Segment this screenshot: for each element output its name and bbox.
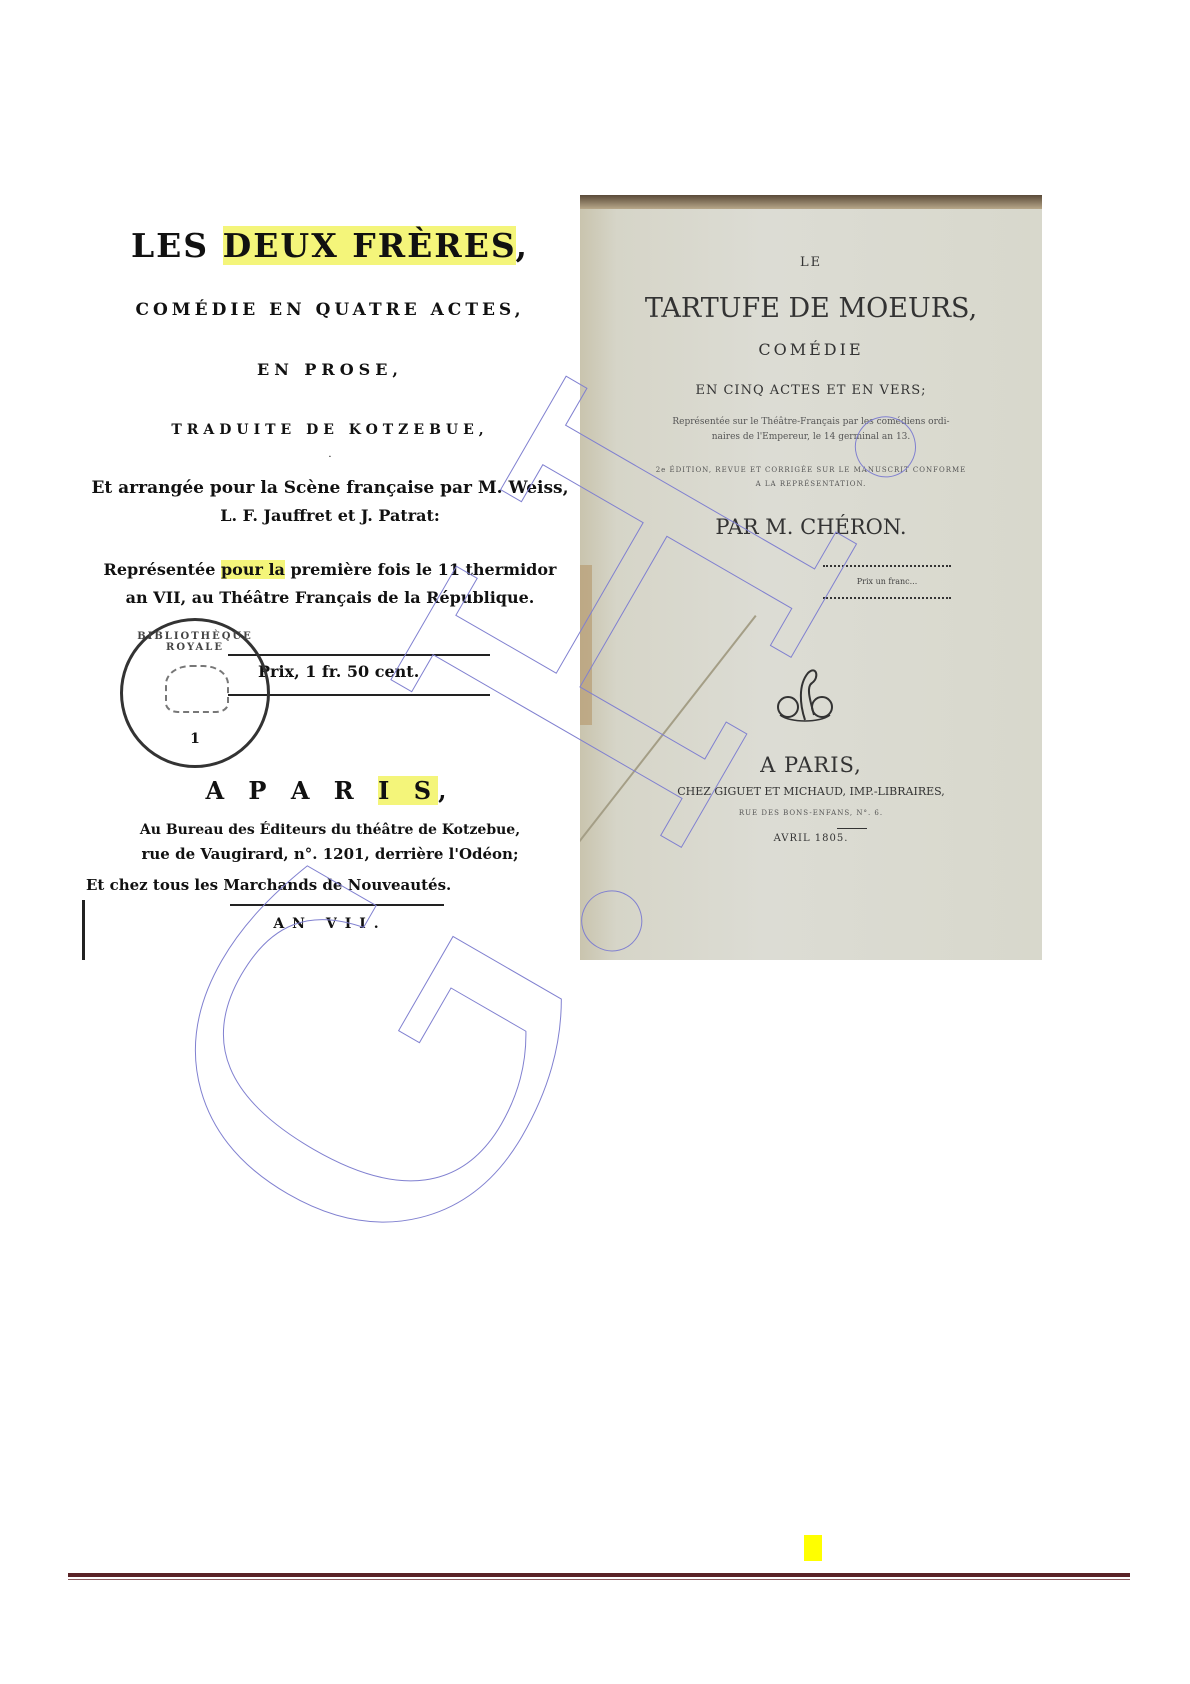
book-title: LES DEUX FRÈRES, [80,226,580,265]
edition-line-1: 2e ÉDITION, REVUE ET CORRIGÉE SUR LE MAN… [580,466,1042,474]
book-title: TARTUFE DE MOEURS, [580,293,1042,324]
stamp-text: BIBLIOTHÈQUE ROYALE [123,631,267,653]
performance-line-1: Représentée sur le Théâtre-Français par … [580,417,1042,427]
form-label: EN CINQ ACTES ET EN VERS; [580,383,1042,398]
publication-year: AN VII. [80,916,580,932]
title-suffix: , [516,226,530,265]
price-box: Prix un franc... [823,565,951,599]
city-prefix: A P A R [205,776,378,805]
arrangement-line-2: L. F. Jauffret et J. Patrat: [80,506,580,525]
publisher-line-2: RUE DES BONS-ENFANS, N°. 6. [580,809,1042,817]
price-rule-top [228,654,490,656]
performance-line-2: an VII, au Théâtre Français de la Républ… [80,588,580,607]
edition-line-2: A LA REPRÉSENTATION. [580,480,1042,488]
page-top-edge [580,195,1042,209]
page-stain [580,565,592,725]
city-highlight: I S [378,776,438,805]
performance-prefix: Représentée [104,560,221,579]
performance-suffix: première fois le 11 thermidor [285,560,557,579]
title-prefix: LES [131,226,223,265]
author-line: PAR M. CHÉRON. [580,515,1042,539]
title-article: LE [580,255,1042,270]
highlight-marker [804,1535,822,1561]
publisher-line-2: rue de Vaugirard, n°. 1201, derrière l'O… [80,845,580,863]
year-rule [230,904,444,906]
ornament-dot: · [80,452,580,463]
arrangement-line-1: Et arrangée pour la Scène française par … [80,478,580,498]
subtitle-genre: COMÉDIE EN QUATRE ACTES, [80,300,580,320]
crown-icon [165,665,229,713]
stamp-number: 1 [123,731,267,747]
city-suffix: , [438,776,454,805]
monogram-icon [770,665,840,725]
subtitle-translation: TRADUITE DE KOTZEBUE, [80,422,580,438]
price-label: Prix, 1 fr. 50 cent. [258,662,419,681]
genre-label: COMÉDIE [580,340,1042,359]
publisher-line-1: CHEZ GIGUET ET MICHAUD, IMP.-LIBRAIRES, [580,785,1042,798]
title-highlight: DEUX FRÈRES [223,226,516,265]
subtitle-form: EN PROSE, [80,360,580,379]
footer-rule [68,1573,1130,1577]
publication-date: AVRIL 1805. [580,833,1042,844]
date-rule [837,828,867,829]
performance-highlight: pour la [221,560,285,579]
city-line: A P A R I S, [80,776,580,805]
performance-line-2: naires de l'Empereur, le 14 germinal an … [580,432,1042,442]
city-line: A PARIS, [580,753,1042,777]
title-page-tartufe-de-moeurs: LE TARTUFE DE MOEURS, COMÉDIE EN CINQ AC… [580,195,1042,960]
publisher-line-3: Et chez tous les Marchands de Nouveautés… [80,876,586,894]
library-stamp: BIBLIOTHÈQUE ROYALE 1 [120,618,270,768]
publisher-line-1: Au Bureau des Éditeurs du théâtre de Kot… [80,822,580,838]
footer-rule-thin [68,1579,1130,1580]
performance-line-1: Représentée pour la première fois le 11 … [80,560,580,579]
title-page-les-deux-freres: LES DEUX FRÈRES, COMÉDIE EN QUATRE ACTES… [80,200,580,960]
